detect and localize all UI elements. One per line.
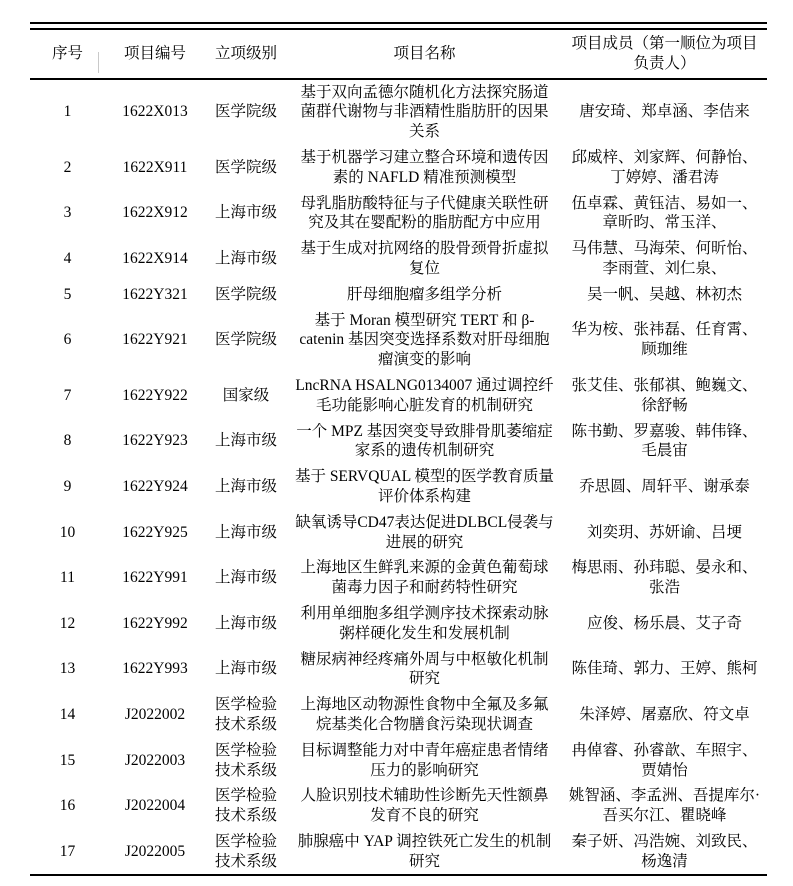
cell-code: 1622X912 [105,191,205,237]
cell-title: 基于 Moran 模型研究 TERT 和 β-catenin 基因突变选择系数对… [287,308,562,373]
cell-title: 基于机器学习建立整合环境和遗传因素的 NAFLD 精准预测模型 [287,145,562,191]
table-row: 4 1622X914 上海市级 基于生成对抗网络的股骨颈骨折虚拟复位 马伟慧、马… [30,236,767,282]
cell-code: 1622Y993 [105,647,205,693]
cell-level: 上海市级 [205,647,287,693]
cell-code: 1622Y922 [105,373,205,419]
cell-title: 肺腺癌中 YAP 调控铁死亡发生的机制研究 [287,829,562,876]
cell-members: 华为桉、张祎磊、任育霄、顾珈维 [562,308,767,373]
cell-title: LncRNA HSALNG0134007 通过调控纤毛功能影响心脏发育的机制研究 [287,373,562,419]
header-serial: 序号 [30,29,105,79]
cell-members: 唐安琦、郑卓涵、李佶来 [562,79,767,145]
header-row: 序号 项目编号 立项级别 项目名称 项目成员（第一顺位为项目负责人） [30,29,767,79]
cell-title: 基于 SERVQUAL 模型的医学教育质量评价体系构建 [287,464,562,510]
cell-title: 人脸识别技术辅助性诊断先天性额鼻发育不良的研究 [287,783,562,829]
cell-code: 1622Y321 [105,282,205,308]
cell-serial: 5 [30,282,105,308]
table-row: 7 1622Y922 国家级 LncRNA HSALNG0134007 通过调控… [30,373,767,419]
cell-code: 1622X914 [105,236,205,282]
cell-serial: 9 [30,464,105,510]
cell-serial: 13 [30,647,105,693]
cell-level: 上海市级 [205,191,287,237]
cell-serial: 17 [30,829,105,876]
cell-members: 应俊、杨乐晨、艾子奇 [562,601,767,647]
cell-members: 马伟慧、马海荣、何昕怡、李雨萱、刘仁泉、 [562,236,767,282]
project-list-table: 序号 项目编号 立项级别 项目名称 项目成员（第一顺位为项目负责人） 1 162… [30,28,767,876]
cell-serial: 3 [30,191,105,237]
gridline-artifact [98,52,99,73]
cell-code: 1622X911 [105,145,205,191]
cell-code: 1622X013 [105,79,205,145]
table-row: 3 1622X912 上海市级 母乳脂肪酸特征与子代健康关联性研究及其在婴配粉的… [30,191,767,237]
header-title: 项目名称 [287,29,562,79]
table-row: 2 1622X911 医学院级 基于机器学习建立整合环境和遗传因素的 NAFLD… [30,145,767,191]
cell-level: 医学院级 [205,282,287,308]
cell-title: 利用单细胞多组学测序技术探索动脉粥样硬化发生和发展机制 [287,601,562,647]
cell-level: 医学检验技术系级 [205,738,287,784]
cell-code: 1622Y992 [105,601,205,647]
cell-level: 上海市级 [205,464,287,510]
cell-serial: 4 [30,236,105,282]
cell-level: 医学检验技术系级 [205,829,287,876]
cell-serial: 16 [30,783,105,829]
table-header: 序号 项目编号 立项级别 项目名称 项目成员（第一顺位为项目负责人） [30,29,767,79]
table-row: 17 J2022005 医学检验技术系级 肺腺癌中 YAP 调控铁死亡发生的机制… [30,829,767,876]
cell-title: 母乳脂肪酸特征与子代健康关联性研究及其在婴配粉的脂肪配方中应用 [287,191,562,237]
table-row: 11 1622Y991 上海市级 上海地区生鲜乳来源的金黄色葡萄球菌毒力因子和耐… [30,555,767,601]
cell-code: 1622Y923 [105,419,205,465]
cell-code: 1622Y921 [105,308,205,373]
cell-serial: 14 [30,692,105,738]
cell-members: 秦子妍、冯浩婉、刘致民、杨逸清 [562,829,767,876]
cell-title: 糖尿病神经疼痛外周与中枢敏化机制研究 [287,647,562,693]
cell-code: J2022005 [105,829,205,876]
cell-title: 基于双向孟德尔随机化方法探究肠道菌群代谢物与非酒精性脂肪肝的因果关系 [287,79,562,145]
cell-members: 伍卓霖、黄钰洁、易如一、章昕昀、常玉洋、 [562,191,767,237]
cell-code: J2022002 [105,692,205,738]
table-row: 9 1622Y924 上海市级 基于 SERVQUAL 模型的医学教育质量评价体… [30,464,767,510]
cell-level: 医学院级 [205,145,287,191]
cell-title: 一个 MPZ 基因突变导致腓骨肌萎缩症家系的遗传机制研究 [287,419,562,465]
cell-members: 邱威梓、刘家辉、何静怡、丁婷婷、潘君涛 [562,145,767,191]
cell-members: 姚智涵、李孟洲、吾提库尔·吾买尔江、瞿晓峰 [562,783,767,829]
cell-serial: 2 [30,145,105,191]
cell-members: 张艾佳、张郁祺、鲍巍文、徐舒畅 [562,373,767,419]
table-row: 6 1622Y921 医学院级 基于 Moran 模型研究 TERT 和 β-c… [30,308,767,373]
table-row: 12 1622Y992 上海市级 利用单细胞多组学测序技术探索动脉粥样硬化发生和… [30,601,767,647]
table-body: 1 1622X013 医学院级 基于双向孟德尔随机化方法探究肠道菌群代谢物与非酒… [30,79,767,876]
cell-members: 冉倬睿、孙睿歆、车照宇、贾婧怡 [562,738,767,784]
table-row: 8 1622Y923 上海市级 一个 MPZ 基因突变导致腓骨肌萎缩症家系的遗传… [30,419,767,465]
cell-serial: 1 [30,79,105,145]
cell-title: 缺氧诱导CD47表达促进DLBCL侵袭与进展的研究 [287,510,562,556]
cell-level: 医学院级 [205,308,287,373]
cell-level: 国家级 [205,373,287,419]
cell-members: 朱泽婷、屠嘉欣、符文卓 [562,692,767,738]
cell-code: J2022003 [105,738,205,784]
cell-title: 基于生成对抗网络的股骨颈骨折虚拟复位 [287,236,562,282]
table-row: 13 1622Y993 上海市级 糖尿病神经疼痛外周与中枢敏化机制研究 陈佳琦、… [30,647,767,693]
cell-serial: 10 [30,510,105,556]
cell-level: 上海市级 [205,510,287,556]
header-members: 项目成员（第一顺位为项目负责人） [562,29,767,79]
table-row: 1 1622X013 医学院级 基于双向孟德尔随机化方法探究肠道菌群代谢物与非酒… [30,79,767,145]
cell-code: 1622Y925 [105,510,205,556]
cell-level: 上海市级 [205,555,287,601]
document-page: 序号 项目编号 立项级别 项目名称 项目成员（第一顺位为项目负责人） 1 162… [0,0,793,886]
cell-level: 医学检验技术系级 [205,783,287,829]
cell-title: 肝母细胞瘤多组学分析 [287,282,562,308]
cell-serial: 12 [30,601,105,647]
table-row: 15 J2022003 医学检验技术系级 目标调整能力对中青年癌症患者情绪压力的… [30,738,767,784]
table-row: 5 1622Y321 医学院级 肝母细胞瘤多组学分析 吴一帆、吴越、林初杰 [30,282,767,308]
cell-serial: 6 [30,308,105,373]
cell-serial: 8 [30,419,105,465]
cell-code: 1622Y991 [105,555,205,601]
header-level: 立项级别 [205,29,287,79]
cell-serial: 11 [30,555,105,601]
cell-members: 陈书勤、罗嘉骏、韩伟锋、毛晨宙 [562,419,767,465]
cell-members: 乔思圆、周轩平、谢承泰 [562,464,767,510]
cell-code: 1622Y924 [105,464,205,510]
cell-level: 上海市级 [205,419,287,465]
cell-serial: 7 [30,373,105,419]
table-row: 16 J2022004 医学检验技术系级 人脸识别技术辅助性诊断先天性额鼻发育不… [30,783,767,829]
cell-level: 上海市级 [205,236,287,282]
table-row: 14 J2022002 医学检验技术系级 上海地区动物源性食物中全氟及多氟烷基类… [30,692,767,738]
cell-level: 医学院级 [205,79,287,145]
cell-code: J2022004 [105,783,205,829]
cell-members: 刘奕玥、苏妍谕、吕埂 [562,510,767,556]
cell-members: 陈佳琦、郭力、王婷、熊柯 [562,647,767,693]
cell-title: 上海地区动物源性食物中全氟及多氟烷基类化合物膳食污染现状调查 [287,692,562,738]
cell-serial: 15 [30,738,105,784]
cell-title: 目标调整能力对中青年癌症患者情绪压力的影响研究 [287,738,562,784]
cell-title: 上海地区生鲜乳来源的金黄色葡萄球菌毒力因子和耐药特性研究 [287,555,562,601]
cell-level: 医学检验技术系级 [205,692,287,738]
cell-level: 上海市级 [205,601,287,647]
cell-members: 梅思雨、孙玮聪、晏永和、张浩 [562,555,767,601]
header-code: 项目编号 [105,29,205,79]
table-row: 10 1622Y925 上海市级 缺氧诱导CD47表达促进DLBCL侵袭与进展的… [30,510,767,556]
cell-members: 吴一帆、吴越、林初杰 [562,282,767,308]
